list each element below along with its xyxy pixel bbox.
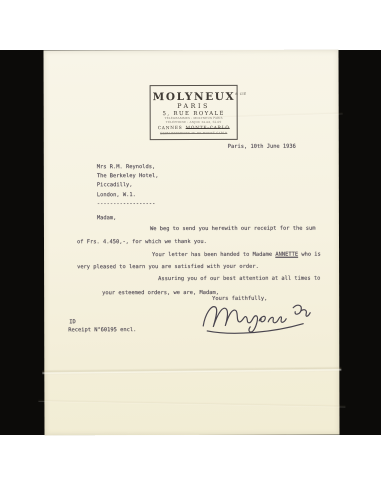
letterhead-telephone-line: TÉLÉPHONE : ANJOU 62-08, 62-09	[156, 121, 231, 125]
body-text: who is	[298, 252, 321, 258]
paper-crease	[38, 399, 345, 408]
body-line: Your letter has been handed to Madame AN…	[152, 252, 321, 259]
recipient-line: London, W.1.	[97, 191, 159, 200]
body-line: Assuring you of our best attention at al…	[158, 276, 320, 283]
recipient-line: The Berkeley Hotel,	[97, 172, 159, 181]
photo-mat: MOLYNEUX& CIE PARIS 5, RUE ROYALE TÉLÉGR…	[0, 50, 381, 435]
letter-paper: MOLYNEUX& CIE PARIS 5, RUE ROYALE TÉLÉGR…	[43, 50, 339, 436]
letterhead-branch-note: ÉTABLISSEMENTS AV. DE MONTE-CARLO	[156, 132, 231, 136]
body-line: very pleased to learn you are satisfied …	[77, 264, 259, 271]
recipient-line: Mrs R.M. Reynolds,	[97, 163, 159, 172]
brand-row: MOLYNEUX& CIE	[153, 89, 235, 103]
address-rule: ------------------	[97, 200, 159, 209]
body-line: We beg to send you herewith our receipt …	[150, 226, 316, 233]
body-line: of Frs. 4.450,-, for which we thank you.	[77, 239, 207, 246]
body-line: your esteemed orders, we are, Madam,	[102, 290, 219, 297]
paper-fold-crease	[42, 366, 341, 374]
madame-name: ANNETTE	[275, 252, 298, 258]
brand-suffix: & CIE	[235, 92, 246, 96]
body-text: Your letter has been handed to Madame	[152, 252, 275, 258]
brand-name: MOLYNEUX	[153, 91, 236, 103]
letterhead: MOLYNEUX& CIE PARIS 5, RUE ROYALE TÉLÉGR…	[150, 85, 238, 140]
recipient-address: Mrs R.M. Reynolds, The Berkeley Hotel, P…	[97, 163, 159, 209]
typist-initials: ID	[69, 319, 76, 326]
handwritten-signature	[197, 298, 315, 336]
dateline: Paris, 10th June 1936	[228, 143, 296, 152]
recipient-line: Piccadilly,	[97, 181, 159, 190]
enclosure-note: Receipt N°60195 encl.	[68, 327, 136, 334]
photo-backdrop: MOLYNEUX& CIE PARIS 5, RUE ROYALE TÉLÉGR…	[0, 0, 381, 492]
salutation: Madam,	[97, 214, 117, 223]
